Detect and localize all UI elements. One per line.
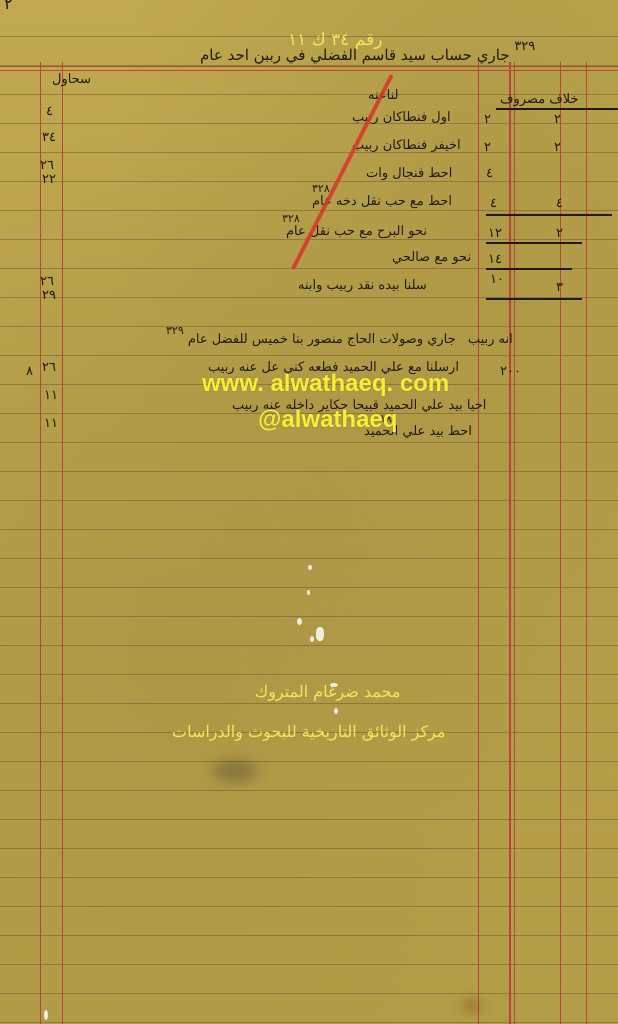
paper-spot	[44, 1010, 48, 1020]
entry-amount-2: ٢	[554, 140, 561, 155]
margin-number: ٤	[46, 104, 53, 119]
ledger-entry: احط فنجال وات	[366, 166, 452, 181]
second-heading-text: جاري وصولات الحاج منصور بنا خميس للفضل ع…	[188, 332, 456, 347]
entry-amount: ٢	[484, 112, 491, 127]
entry-underline	[486, 242, 582, 244]
paper-smudge	[212, 760, 258, 782]
entry-amount: ١٠	[490, 272, 504, 287]
column-rule-double-b	[514, 62, 515, 1024]
margin-number: ٢٦	[40, 158, 54, 173]
header-year: ٣٢٩	[514, 39, 535, 54]
organization-name: مركز الوثائق التاريخية للبحوث والدراسات	[172, 722, 445, 741]
entry-amount-2: ٢	[556, 226, 563, 241]
entry-underline	[486, 214, 612, 216]
entry-underline	[486, 298, 582, 300]
header-underline	[496, 108, 618, 110]
second-heading-year: ٣٢٩	[166, 324, 184, 337]
top-rule	[0, 66, 618, 67]
entry-year: ٣٢٨	[312, 182, 330, 195]
entry-amount-2: ٤	[556, 196, 563, 211]
ruled-lines	[0, 0, 618, 1024]
margin-number: ٢٢	[42, 172, 56, 187]
margin-number: ١١	[44, 416, 58, 431]
margin-rule-left-2	[62, 62, 63, 1024]
author-name: محمد ضرغام المتروك	[255, 682, 400, 701]
header-line: ٣٢٩ جاري حساب سيد قاسم الفضلي في رببن اح…	[200, 46, 535, 64]
entry-amount: ٢	[484, 140, 491, 155]
paper-spot	[334, 708, 338, 714]
entry-amount-2: ٣	[556, 280, 563, 295]
entry-amount-2: ٢	[554, 112, 561, 127]
watermark-website: www. alwathaeq. com	[202, 370, 449, 398]
document-page: ٢ رقم ٣٤ ك ١١ ٣٢٩ جاري حساب سيد قاسم الف…	[0, 0, 618, 1024]
margin-rule-left	[40, 62, 41, 1024]
second-section-heading: انه ربيب جاري وصولات الحاج منصور بنا خمي…	[166, 332, 513, 347]
right-column-header: خلاف مصروف	[500, 92, 579, 107]
second-section-amount: ٢٠٠	[500, 364, 521, 379]
paper-smudge	[462, 1000, 482, 1012]
watermark-handle: @alwathaeq	[258, 406, 397, 434]
column-rule-right-2	[586, 62, 587, 1024]
column-rule-double	[509, 62, 511, 1024]
header-text: جاري حساب سيد قاسم الفضلي في رببن احد عا…	[200, 46, 510, 64]
paper-spot	[307, 590, 310, 595]
entry-underline	[486, 268, 572, 270]
margin-number: ٢٦	[40, 274, 54, 289]
entry-year: ٣٢٨	[282, 212, 300, 225]
paper-spot	[308, 565, 312, 570]
margin-number: ٢٦	[42, 360, 56, 375]
paper-spot	[310, 636, 314, 642]
entry-amount: ٤	[490, 196, 497, 211]
top-rule-2	[0, 70, 618, 71]
ledger-entry: نحو مع صالحي	[392, 250, 471, 265]
margin-number: ٨	[26, 364, 33, 379]
ledger-entry: سلنا بيده نقد ربيب وابنه	[298, 278, 427, 293]
corner-mark: ٢	[4, 0, 13, 13]
paper-spot	[316, 627, 324, 641]
column-rule	[478, 62, 479, 1024]
second-heading-prefix: انه ربيب	[460, 332, 513, 347]
ledger-entry: اخيفر فنطاكان ربيب	[352, 138, 461, 153]
ledger-entry: احط مع حب نقل دخه عام	[312, 194, 452, 209]
entry-amount: ٤	[486, 166, 493, 181]
paper-spot	[297, 618, 302, 625]
left-column-header: سحاول	[52, 72, 91, 87]
margin-number: ٣٤	[42, 130, 56, 145]
entry-amount: ١٢	[488, 226, 502, 241]
entry-amount: ١٤	[488, 252, 502, 267]
margin-number: ٢٩	[42, 288, 56, 303]
margin-number: ١١	[44, 388, 58, 403]
